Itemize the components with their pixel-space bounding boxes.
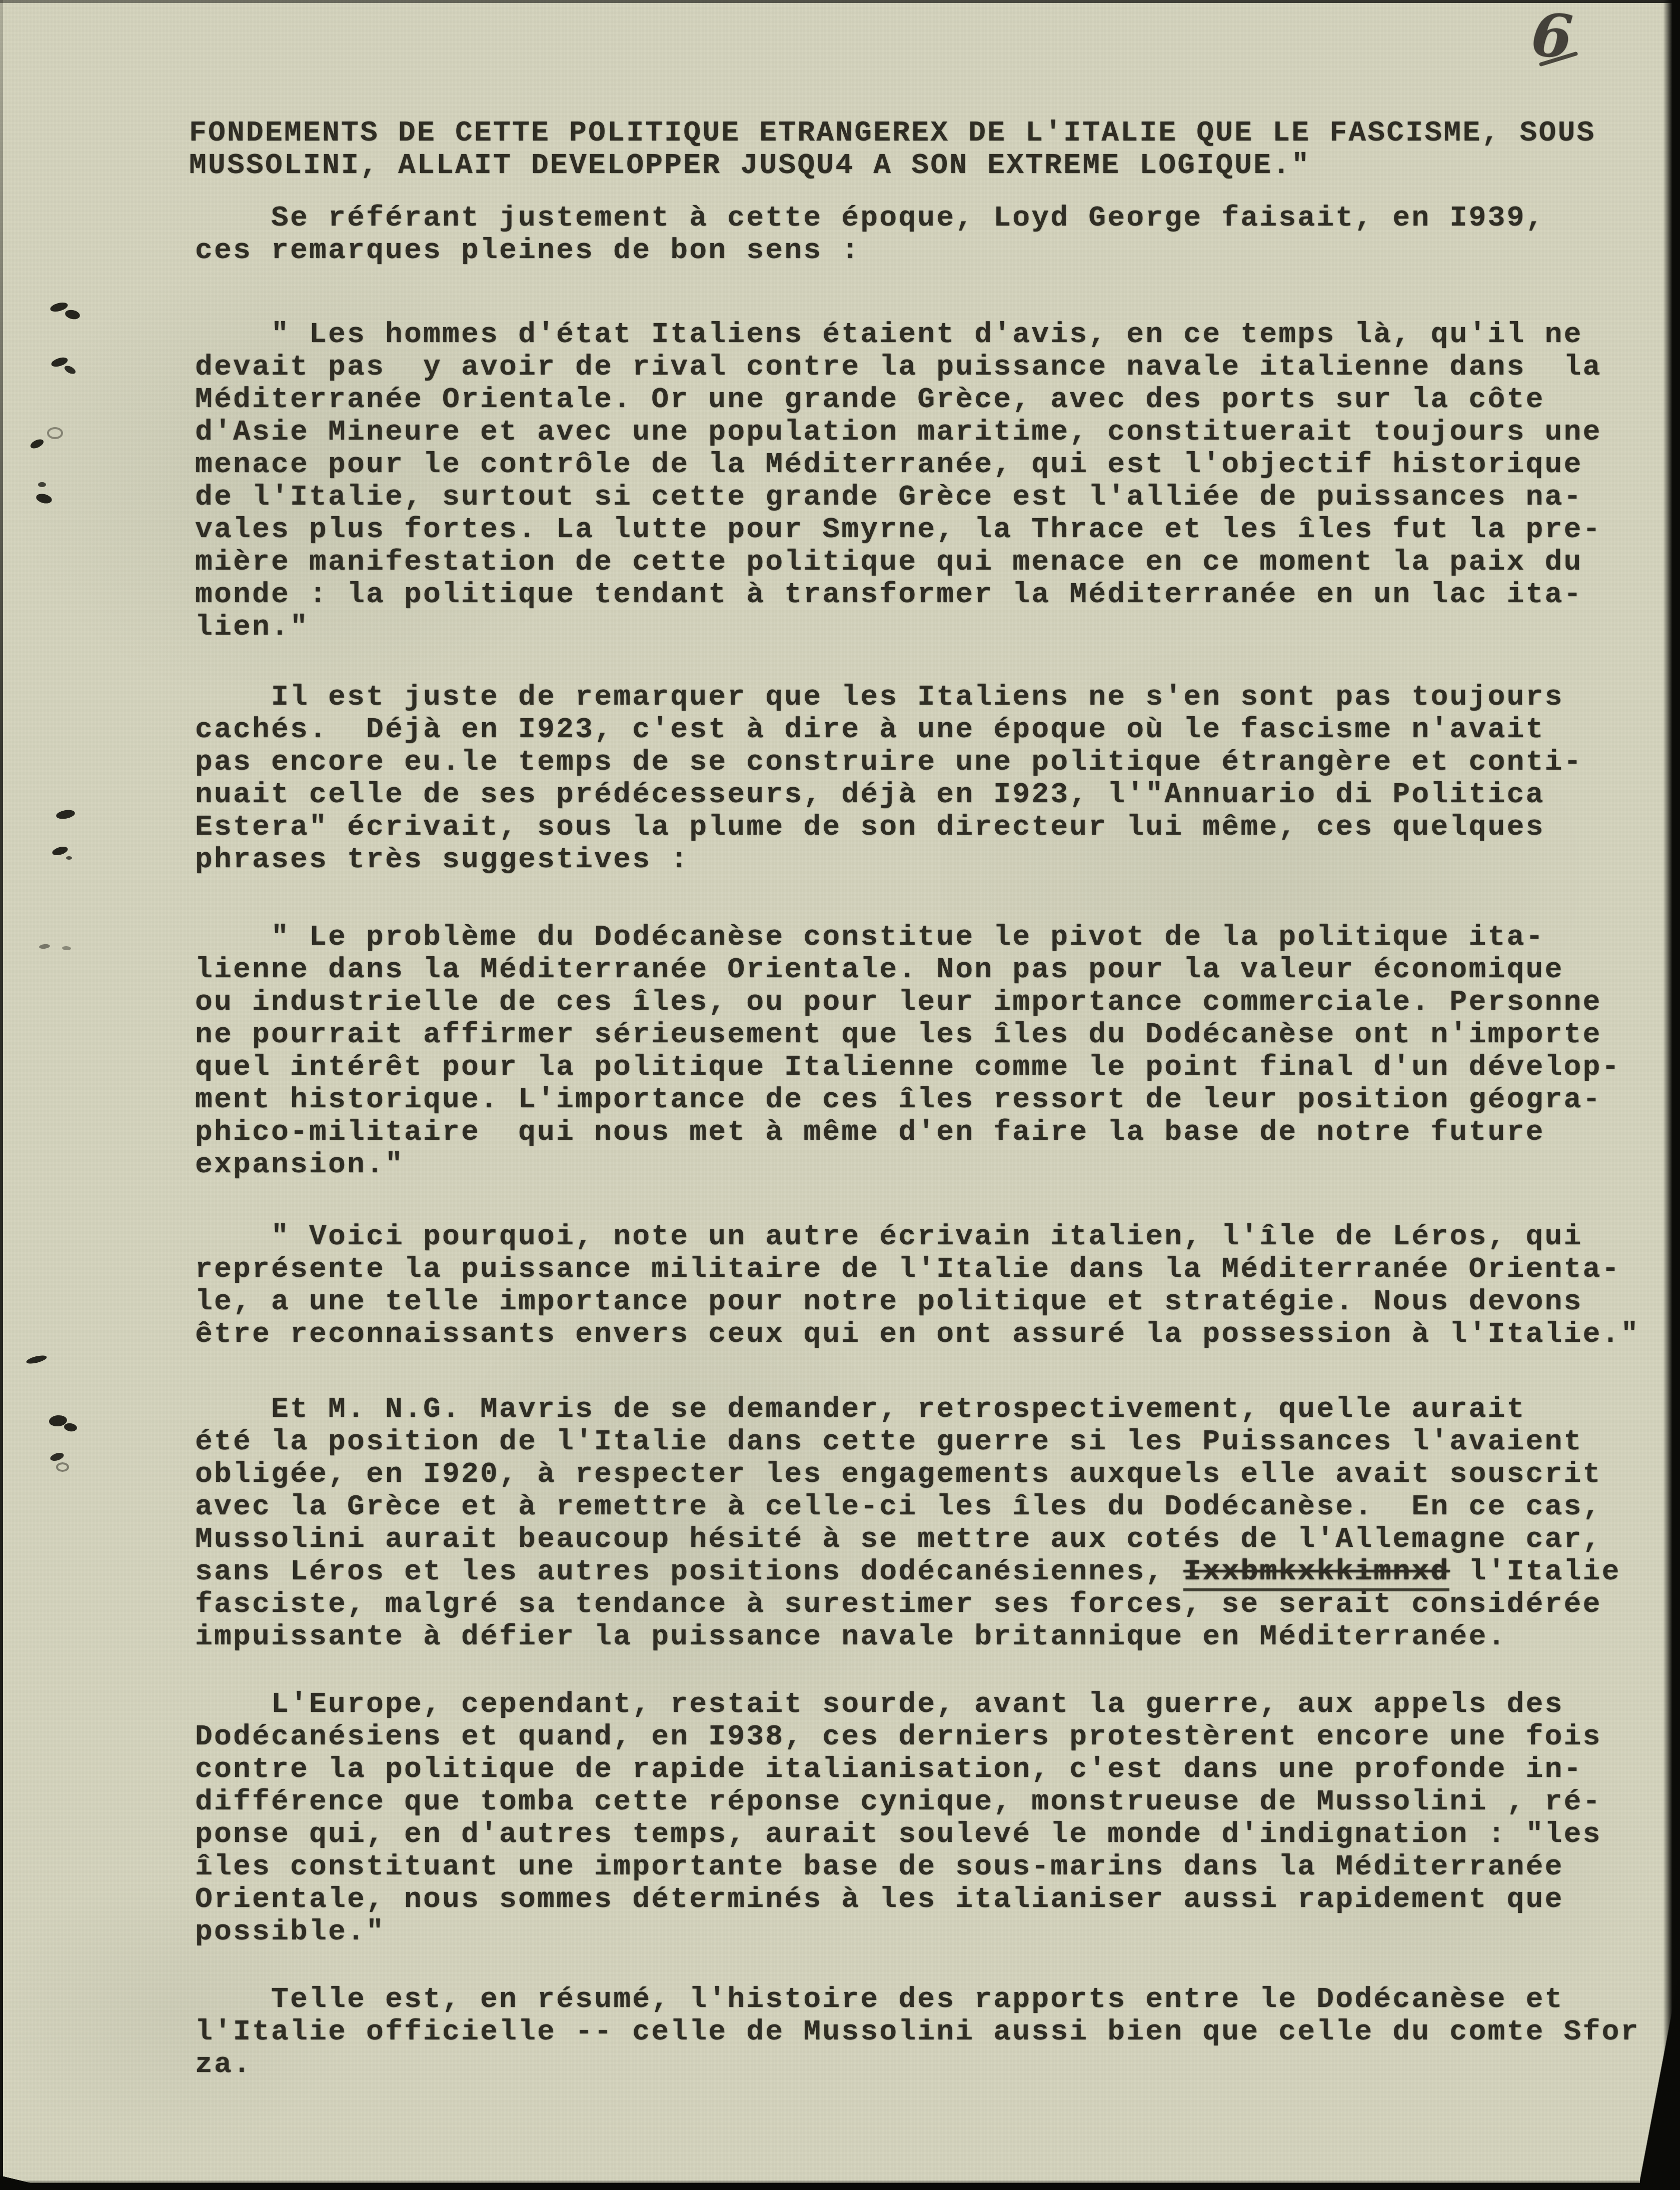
scan-edge-top <box>0 0 1680 3</box>
ink-mark <box>64 1422 78 1432</box>
document-heading: FONDEMENTS DE CETTE POLITIQUE ETRANGEREX… <box>189 117 1680 182</box>
paragraph-intro: Se référant justement à cette époque, Lo… <box>195 202 1680 267</box>
scan-edge-left <box>0 0 3 2190</box>
ink-mark <box>29 438 45 450</box>
ink-mark <box>66 856 72 860</box>
paragraph-quote-annuario: " Le problème du Dodécanèse constitue le… <box>195 921 1680 1181</box>
paragraph-europe-sourde: L'Europe, cependant, restait sourde, ava… <box>195 1688 1680 1948</box>
paragraph-quote-leros: " Voici pourquoi, note un autre écrivain… <box>195 1221 1680 1351</box>
ink-mark <box>63 364 77 376</box>
ink-mark <box>50 1451 65 1462</box>
struck-out-typo: Ixxbmkxkkimnxd <box>1183 1556 1449 1591</box>
scan-corner-bottom-right <box>1640 1980 1680 2190</box>
ink-mark <box>35 492 53 505</box>
ink-mark <box>62 946 72 950</box>
ink-mark <box>56 1462 69 1472</box>
scan-edge-right <box>1663 0 1680 2190</box>
scan-corner-bottom-left <box>0 2173 70 2190</box>
paragraph-quote-loyd-george: " Les hommes d'état Italiens étaient d'a… <box>195 319 1680 644</box>
paragraph-conclusion: Telle est, en résumé, l'histoire des rap… <box>195 1983 1680 2081</box>
ink-mark <box>47 427 63 439</box>
ink-mark <box>38 482 46 487</box>
ink-mark <box>39 944 51 949</box>
ink-mark <box>56 809 76 820</box>
ink-mark <box>64 309 81 321</box>
ink-mark <box>52 845 69 857</box>
paragraph-mavris: Et M. N.G. Mavris de se demander, retros… <box>195 1393 1680 1653</box>
ink-mark <box>26 1354 48 1365</box>
scanned-typewritten-page: 6 FONDEMENTS DE CETTE POLITIQUE ETRANGER… <box>0 0 1680 2190</box>
paragraph-italiens-caches: Il est juste de remarquer que les Italie… <box>195 681 1680 876</box>
scan-edge-bottom <box>0 2183 1680 2190</box>
